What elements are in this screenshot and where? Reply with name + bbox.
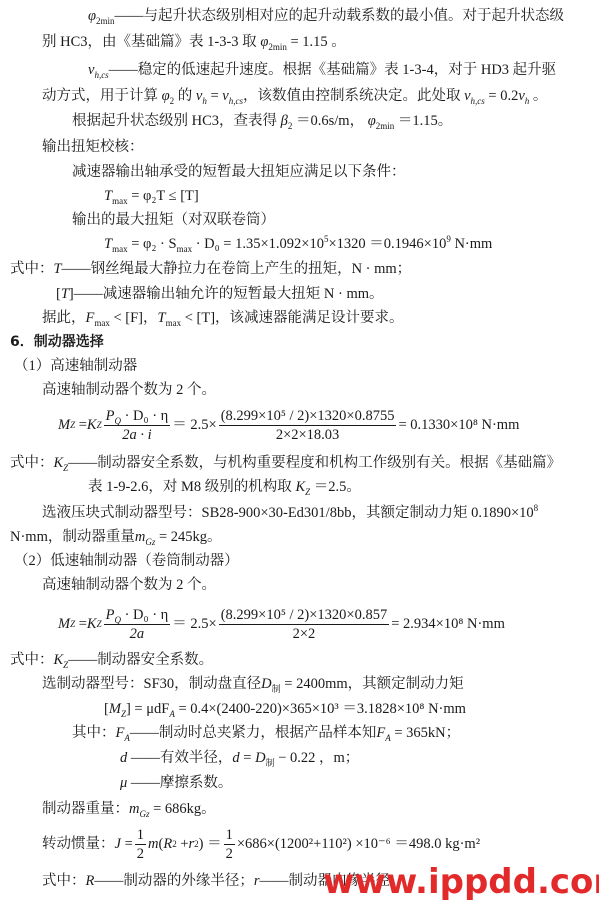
selected-brake-high-speed: 选液压块式制动器型号：SB28-900×30-Ed301/8bb，其额定制动力矩… [42, 503, 538, 523]
where-mu: μ ——摩擦系数。 [120, 773, 232, 793]
text: 的 [178, 88, 193, 104]
subsection-high-speed-brake: （1）高速轴制动器 [14, 356, 137, 376]
equation-moment-of-inertia: 转动惯量： J = 12 m(R2 + r2) ＝ 12 ×686×(1200²… [42, 822, 480, 866]
formula: = φ₂ · S [128, 236, 177, 252]
text: = 245kg。 [155, 529, 221, 545]
equation-rated-torque: [MZ] = μdFA = 0.4×(2400-220)×365×10³ ＝3.… [104, 699, 466, 719]
text: ——制动时总夹紧力，根据产品样本知 [130, 725, 377, 741]
text: 动方式，用于计算 [42, 88, 158, 104]
formula: = 2.934×10⁸ N·mm [391, 614, 505, 634]
condition-text: 减速器输出轴承受的短暂最大扭矩应满足以下条件： [72, 162, 406, 182]
formula: · D₀ = 1.35×1.092×10 [192, 236, 324, 252]
text: ——制动器安全系数。 [68, 652, 213, 668]
text: 选制动器型号：SF30，制动盘直径 [42, 676, 261, 692]
fraction: PQ · D₀ · η2a [104, 606, 171, 643]
label: 制动器重量： [42, 801, 129, 817]
text: 。 [529, 88, 547, 104]
formula: N·mm [451, 236, 492, 252]
text: ——制动器安全系数，与机构重要程度和机构工作级别有关。根据《基础篇》 [68, 455, 561, 471]
definition-vhcs-cont: 动方式，用于计算 φ2 的 vh = vh,cs，该数值由控制系统决定。此处取 … [42, 86, 547, 106]
max-torque-formula: Tmax = φ₂ · Smax · D₀ = 1.35×1.092×105×1… [104, 234, 492, 254]
text: = 2400mm，其额定制动力矩 [281, 676, 464, 692]
subsection-low-speed-brake: （2）低速轴制动器（卷筒制动器） [14, 551, 239, 571]
watermark: www.ippdd.com [323, 862, 599, 902]
subscript: 2min [96, 16, 115, 26]
where-fa: 其中：FA——制动时总夹紧力，根据产品样本知FA = 365kN； [72, 723, 460, 743]
label: 式中： [10, 261, 54, 277]
brake-count: 高速轴制动器个数为 2 个。 [42, 380, 216, 400]
formula: = φ₂T ≤ [T] [128, 188, 199, 204]
section-heading-brake-selection: 6．制动器选择 [10, 332, 104, 352]
text: 表 1-9-2.6，对 M8 级别的机构取 [88, 479, 292, 495]
section-output-torque-check: 输出扭矩校核： [42, 137, 144, 157]
fraction: (8.299×10⁵ / 2)×1320×0.8572×2 [219, 606, 390, 643]
formula: = 0.4×(2400-220)×365×10³ ＝3.1828×10⁸ N·m… [175, 701, 466, 717]
text: = 686kg。 [150, 801, 216, 817]
label: 式中： [10, 455, 54, 471]
where-d: d ——有效半径，d = D制 − 0.22 ，m； [120, 748, 359, 768]
where-kz: 式中：KZ——制动器安全系数，与机构重要程度和机构工作级别有关。根据《基础篇》 [10, 453, 561, 473]
selected-brake-weight: N·mm，制动器重量mGz = 245kg。 [10, 527, 222, 547]
fraction: (8.299×10⁵ / 2)×1320×0.87552×2×18.03 [219, 407, 397, 444]
text: ——制动器的外缘半径； [94, 873, 254, 889]
text: ＝2.5。 [310, 479, 361, 495]
formula: ＝ 2.5× [172, 415, 216, 435]
text: < [F]， [110, 310, 158, 326]
label: 转动惯量： [42, 834, 115, 854]
label: 式中： [42, 873, 86, 889]
definition-phi2min: φ2min——与起升状态级别相对应的起升动载系数的最小值。对于起升状态级 [88, 6, 564, 26]
text: < [T]，该减速器能满足设计要求。 [181, 310, 403, 326]
text: ＝1.15。 [394, 113, 452, 129]
text: 别 HC3，由《基础篇》表 1-3-3 取 [42, 34, 257, 50]
text: ——有效半径， [131, 750, 233, 766]
text: ——减速器输出轴允许的短暂最大扭矩 N · mm。 [74, 286, 384, 302]
formula: = μdF [131, 701, 170, 717]
definition-phi2min-cont: 别 HC3，由《基础篇》表 1-3-3 取 φ2min = 1.15 。 [42, 32, 346, 52]
text: − 0.22 ，m； [275, 750, 360, 766]
text: ——与起升状态级别相对应的起升动载系数的最小值。对于起升状态级 [115, 8, 565, 24]
text: ＝0.6s/m， [292, 113, 364, 129]
text: ——钢丝绳最大静拉力在卷筒上产生的扭矩，N · mm； [62, 261, 412, 277]
text: ——稳定的低速起升速度。根据《基础篇》表 1-3-4，对于 HD3 起升驱 [109, 62, 556, 78]
fraction: 12 [135, 826, 146, 863]
label: 其中： [72, 725, 116, 741]
text: N·mm，制动器重量 [10, 529, 135, 545]
equation-mz-low-speed: MZ = KZ PQ · D₀ · η2a ＝ 2.5× (8.299×10⁵ … [58, 602, 505, 646]
text: ，该数值由控制系统决定。此处取 [243, 88, 461, 104]
formula: ×686×(1200²+110²) ×10⁻⁶ ＝498.0 kg·m² [237, 834, 480, 854]
where-kz-cont: 表 1-9-2.6，对 M8 级别的机构取 KZ ＝2.5。 [88, 477, 361, 497]
condition-formula: Tmax = φ₂T ≤ [T] [104, 186, 199, 206]
where-kz-2: 式中：KZ——制动器安全系数。 [10, 650, 213, 670]
text: 据此， [42, 310, 86, 326]
brake-weight-low-speed: 制动器重量：mGz = 686kg。 [42, 799, 216, 819]
max-torque-label: 输出的最大扭矩（对双联卷筒） [72, 210, 275, 230]
formula: ×1320 ＝0.1946×10 [328, 236, 446, 252]
selected-brake-low-speed: 选制动器型号：SF30，制动盘直径D制 = 2400mm，其额定制动力矩 [42, 674, 464, 694]
text: 根据起升状态级别 HC3，查表得 [72, 113, 277, 129]
text: = 1.15 。 [287, 34, 346, 50]
lookup-line: 根据起升状态级别 HC3，查表得 β2 ＝0.6s/m， φ2min ＝1.15… [72, 111, 452, 131]
where-allowable-T: [T]——减速器输出轴允许的短暂最大扭矩 N · mm。 [56, 284, 384, 304]
subscript: h,cs [94, 70, 108, 80]
definition-vhcs: vh,cs——稳定的低速起升速度。根据《基础篇》表 1-3-4，对于 HD3 起… [88, 60, 556, 80]
formula: ＝ 2.5× [172, 614, 216, 634]
brake-count-2: 高速轴制动器个数为 2 个。 [42, 575, 216, 595]
text: = 365kN； [391, 725, 460, 741]
fraction: PQ · D₀ · η2a · i [104, 407, 171, 444]
formula: = 0.1330×10⁸ N·mm [398, 415, 519, 435]
equation-mz-high-speed: MZ = KZ PQ · D₀ · η2a · i ＝ 2.5× (8.299×… [58, 403, 519, 447]
text: = 0.2 [485, 88, 519, 104]
conclusion: 据此，Fmax < [F]，Tmax < [T]，该减速器能满足设计要求。 [42, 308, 404, 328]
fraction: 12 [224, 826, 235, 863]
symbol-phi: φ [88, 8, 96, 24]
label: 式中： [10, 652, 54, 668]
where-T: 式中：T——钢丝绳最大静拉力在卷筒上产生的扭矩，N · mm； [10, 259, 411, 279]
text: 选液压块式制动器型号：SB28-900×30-Ed301/8bb，其额定制动力矩… [42, 505, 534, 521]
text: ——摩擦系数。 [131, 775, 233, 791]
